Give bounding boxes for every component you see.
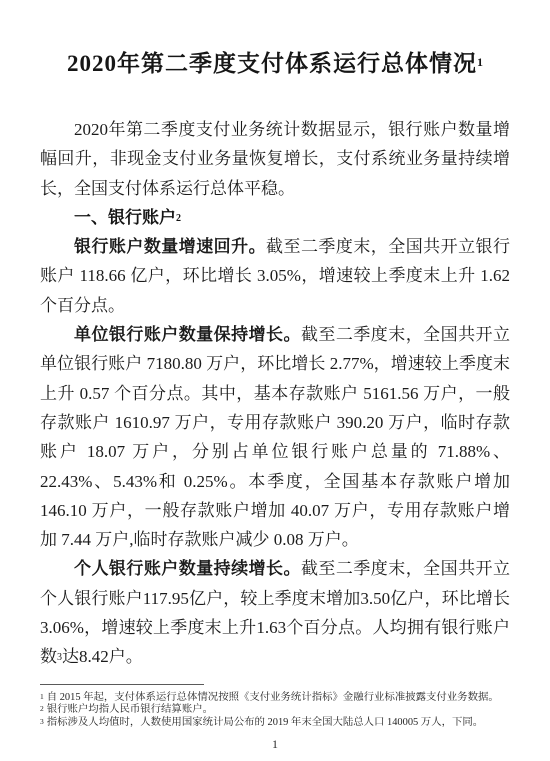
body-footnote-ref: 3 <box>57 652 62 663</box>
footnote-marker: 3 <box>40 717 44 726</box>
footnote-text: 银行账户均指人民币银行结算账户。 <box>47 704 213 715</box>
intro-paragraph: 2020年第二季度支付业务统计数据显示，银行账户数量增幅回升，非现金支付业务量恢… <box>40 115 510 203</box>
footnote-text: 自 2015 年起，支付体系运行总体情况按照《支付业务统计指标》金融行业标准披露… <box>47 692 499 703</box>
footnote-item: 2银行账户均指人民币银行结算账户。 <box>40 704 510 717</box>
paragraph-personal-accounts: 个人银行账户数量持续增长。截至二季度末，全国共开立个人银行账户117.95亿户，… <box>40 554 510 671</box>
document-page: 2020年第二季度支付体系运行总体情况1 2020年第二季度支付业务统计数据显示… <box>0 0 550 761</box>
title-footnote-ref: 1 <box>477 55 483 69</box>
paragraph-body: 截至二季度末，全国共开立单位银行账户 7180.80 万户，环比增长 2.77%… <box>40 325 510 549</box>
lead-sentence: 银行账户数量增速回升。 <box>74 237 266 256</box>
footnote-item: 1自 2015 年起，支付体系运行总体情况按照《支付业务统计指标》金融行业标准披… <box>40 692 510 705</box>
page-title: 2020年第二季度支付体系运行总体情况1 <box>40 48 510 80</box>
footnotes-section: 1自 2015 年起，支付体系运行总体情况按照《支付业务统计指标》金融行业标准披… <box>40 692 510 730</box>
section-heading-bank-accounts: 一、银行账户2 <box>40 203 510 232</box>
paragraph-corporate-accounts: 单位银行账户数量保持增长。截至二季度末，全国共开立单位银行账户 7180.80 … <box>40 320 510 554</box>
footnote-text: 指标涉及人均值时，人数使用国家统计局公布的 2019 年末全国大陆总人口 140… <box>47 717 483 728</box>
footnote-item: 3指标涉及人均值时，人数使用国家统计局公布的 2019 年末全国大陆总人口 14… <box>40 717 510 730</box>
footnote-marker: 1 <box>40 692 44 701</box>
footnote-marker: 2 <box>40 704 44 713</box>
document-body: 2020年第二季度支付业务统计数据显示，银行账户数量增幅回升，非现金支付业务量恢… <box>40 115 510 672</box>
lead-sentence: 个人银行账户数量持续增长。 <box>74 559 301 578</box>
page-title-text: 2020年第二季度支付体系运行总体情况 <box>67 51 477 76</box>
lead-sentence: 单位银行账户数量保持增长。 <box>74 325 301 344</box>
heading-footnote-ref: 2 <box>176 213 181 224</box>
section-heading-text: 一、银行账户 <box>74 208 176 227</box>
paragraph-bank-accounts-growth: 银行账户数量增速回升。截至二季度末，全国共开立银行账户 118.66 亿户，环比… <box>40 232 510 320</box>
paragraph-body-continued: 达8.42户。 <box>62 647 143 666</box>
page-number: 1 <box>0 737 550 752</box>
intro-paragraph-text: 2020年第二季度支付业务统计数据显示，银行账户数量增幅回升，非现金支付业务量恢… <box>40 120 510 198</box>
footnote-separator <box>40 684 204 685</box>
